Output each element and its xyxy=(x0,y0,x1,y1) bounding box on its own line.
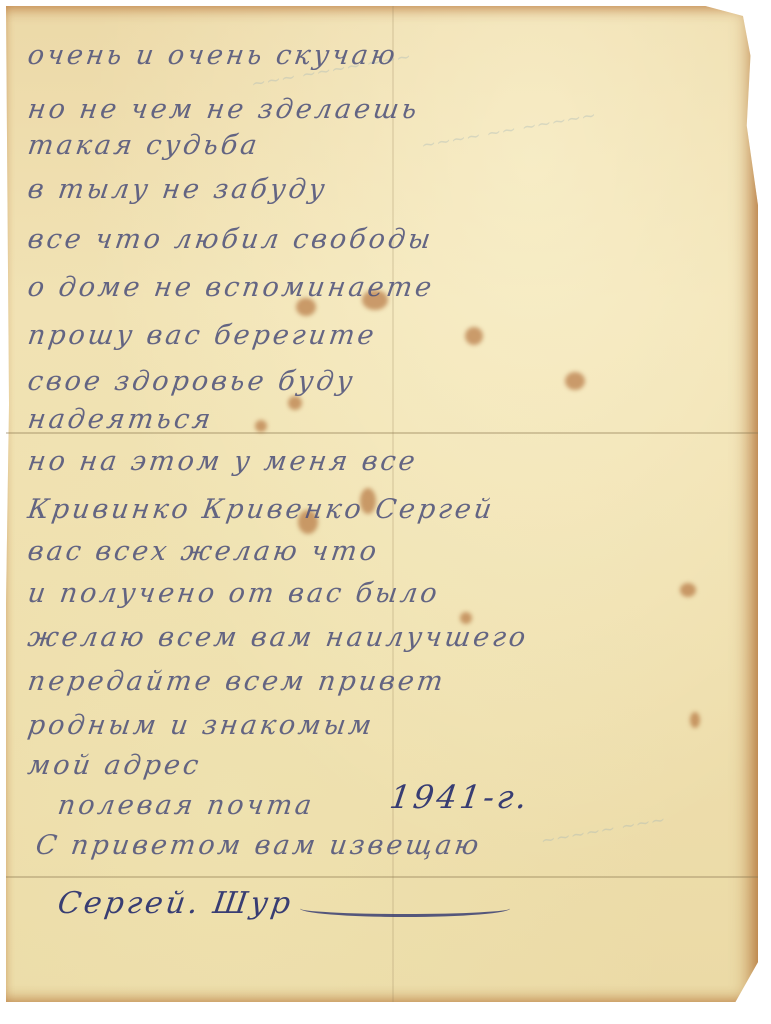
letter-line: очень и очень скучаю xyxy=(26,40,400,71)
letter-line: вас всех желаю что xyxy=(26,536,381,567)
stain xyxy=(255,420,267,432)
letter-line: полевая почта xyxy=(56,790,317,821)
letter-line: такая судьба xyxy=(26,130,262,161)
stain xyxy=(565,372,585,390)
stain xyxy=(465,327,483,345)
letter-line: в тылу не забуду xyxy=(26,174,330,205)
letter-line: родным и знакомым xyxy=(26,710,376,741)
letter-line: но не чем не зделаешь xyxy=(26,94,422,125)
signature-flourish xyxy=(300,900,510,917)
stain xyxy=(690,712,700,728)
letter-line: но на этом у меня все xyxy=(26,446,420,477)
stain xyxy=(680,583,696,597)
letter-line: о доме не вспоминаете xyxy=(26,272,437,303)
letter-line: все что любил свободы xyxy=(26,224,436,255)
letter-date: 1941-г. xyxy=(387,778,532,816)
letter-line: и получено от вас было xyxy=(26,578,442,609)
letter-line: Кривинко Кривенко Сергей xyxy=(26,494,497,525)
stain xyxy=(288,396,302,410)
letter-line: С приветом вам извещаю xyxy=(34,830,484,861)
letter-line: передайте всем привет xyxy=(26,666,448,697)
letter-line: прошу вас берегите xyxy=(26,320,379,351)
letter-line: надеяться xyxy=(26,404,216,435)
letter-line: желаю всем вам наилучшего xyxy=(26,622,531,653)
letter-signature: Сергей. Шур xyxy=(56,886,296,921)
letter-line: свое здоровье буду xyxy=(26,366,358,397)
letter-line: мой адрес xyxy=(26,750,204,781)
fold-line-horizontal xyxy=(6,876,758,878)
